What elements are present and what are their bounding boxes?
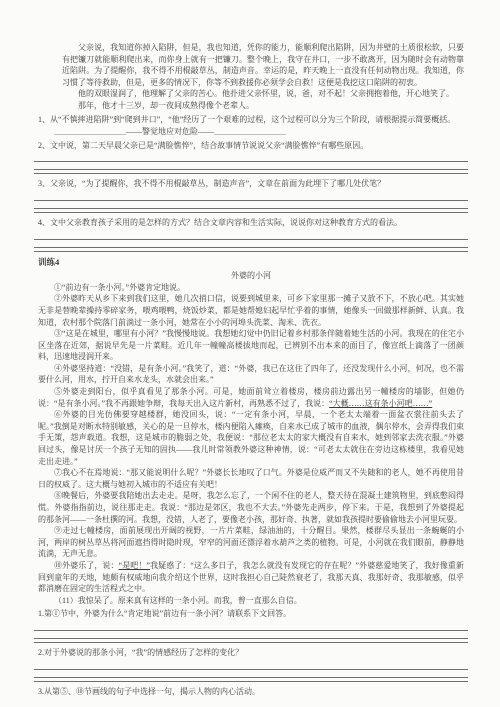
paragraph-8: ⑧晚餐后，外婆要我陪她出去走走。是呀，我怎么忘了，一个闲不住的老人，整天待在混凝… (38, 490, 464, 525)
paragraph-5: ⑤外婆走到阳台，似乎真看见了那条小河。可是，她面前耸立着楼房，楼房前边露出另一幢… (38, 386, 464, 409)
section2-passage: ①“前边有一条小河。”外婆肯定地说。 ②外婆昨天从乡下来到我们这里，她几次捎口信… (38, 282, 464, 607)
separator-rule (34, 638, 468, 643)
answer-line (34, 229, 468, 240)
paragraph-5-underlined-sentence: “大概……这有条小河吧……” (329, 399, 432, 408)
separator-rule (34, 169, 468, 174)
paragraph-2: ②外婆昨天从乡下来到我们这里，她几次捎口信，说要到城里来，可乡下家里那一摊子又放… (38, 293, 464, 328)
separator-rule (34, 208, 468, 213)
paragraph-6: ⑥外婆的目光仿佛要穿越楼群，她没回头，说：“一定有条小河，早晨，一个老太太端着一… (38, 409, 464, 467)
question-1: 1、从“不慎摔进陷阱”到“爬到井口”，“他”经历了一个艰难的过程，这个过程可以分… (38, 114, 464, 126)
question-3: 3.从第⑤、⑩节画线的句子中选择一句，揭示人物的内心活动。 (38, 686, 464, 698)
passage-title: 外婆的小河 (38, 270, 464, 282)
question-3: 3、父亲说，“为了提醒你，我不得不用棍敲草丛，制造声音”，文章在前面为此埋下了哪… (38, 178, 464, 190)
paragraph-10-text: ⑩外婆乐了，说： (54, 561, 119, 570)
paragraph-4: ④外婆坚持道：“没错，是有条小河。”我笑了，道：“外婆，我已在这住了四年了，还没… (38, 363, 464, 386)
separator-rule (34, 677, 468, 682)
question-2: 2.对于外婆说的那条小河，“我”的情感经历了怎样的变化？ (38, 647, 464, 659)
question-2: 2、文中说，第二天早晨父亲已是“满脸憔悴”，结合故事情节说说父亲“满脸憔悴”有哪… (38, 140, 464, 152)
worksheet-page: 父亲说，我知道你掉入陷阱，但是，我也知道，凭你的能力，能顺利爬出陷阱，因为井壁的… (0, 0, 500, 697)
exercise-header: 训练4 (38, 257, 464, 269)
paragraph-1: ①“前边有一条小河。”外婆肯定地说。 (38, 282, 464, 294)
question-1: 1.第①节中，外婆为什么“肯定地说”前边有一条小河？请联系下文回答。 (38, 608, 464, 620)
paragraph-3: ③“这是在城里，哪里有小河？”我慢慢地说。我想她幻觉中仍旧记着乡村那条伴随着她生… (38, 328, 464, 363)
question-1-fill-blank: ＿＿＿＿＿＿＿＿＿——警觉地应对危险——＿＿＿＿＿＿＿＿＿ (38, 126, 464, 138)
section1-questions: 1、从“不慎摔进陷阱”到“爬到井口”，“他”经历了一个艰难的过程，这个过程可以分… (38, 114, 464, 252)
paragraph-7: ⑦我心不在焉地说：“那又能说明什么呢？”外婆长长地叹了口气。外婆是位威严而又不失… (38, 467, 464, 490)
section2-questions: 1.第①节中，外婆为什么“肯定地说”前边有一条小河？请联系下文回答。 2.对于外… (38, 608, 464, 697)
answer-line (34, 190, 468, 201)
passage-paragraph-son-reaction: 他的双眼湿润了，他理解了父亲的苦心。他扑进父亲怀里，说，爸，对不起！父亲拥抱着他… (62, 88, 464, 100)
question-4: 4、文中父亲教育孩子采用的是怎样的方式？结合文章内容和生活实际，说说你对这种教育… (38, 217, 464, 229)
paragraph-10-underlined-sentence: “是吧！” (119, 561, 150, 570)
section1-passage: 父亲说，我知道你掉入陷阱，但是，我也知道，凭你的能力，能顺利爬出陷阱，因为井壁的… (62, 42, 464, 112)
separator-rule (34, 247, 468, 252)
answer-line (34, 151, 468, 162)
paragraph-11: （11）我惊呆了。原来真有这样的一条小河。而我，曾一直那么自信。 (38, 595, 464, 607)
answer-line (34, 620, 468, 631)
passage-paragraph-ending: 那年，他才十三岁，却一夜间成熟得像个老辈人。 (62, 100, 464, 112)
passage-paragraph-father-speech: 父亲说，我知道你掉入陷阱，但是，我也知道，凭你的能力，能顺利爬出陷阱，因为井壁的… (62, 42, 464, 88)
paragraph-9: ⑨走过七幢楼房，面前展现出开阔的视野，一片片菜畦，绿油油的，十分醒目。果然，楼群… (38, 525, 464, 560)
answer-line (34, 659, 468, 670)
paragraph-10: ⑩外婆乐了，说：“是吧！”我疑惑了：“这么多日子，我怎么就没有发现它的存在呢？”… (38, 560, 464, 595)
